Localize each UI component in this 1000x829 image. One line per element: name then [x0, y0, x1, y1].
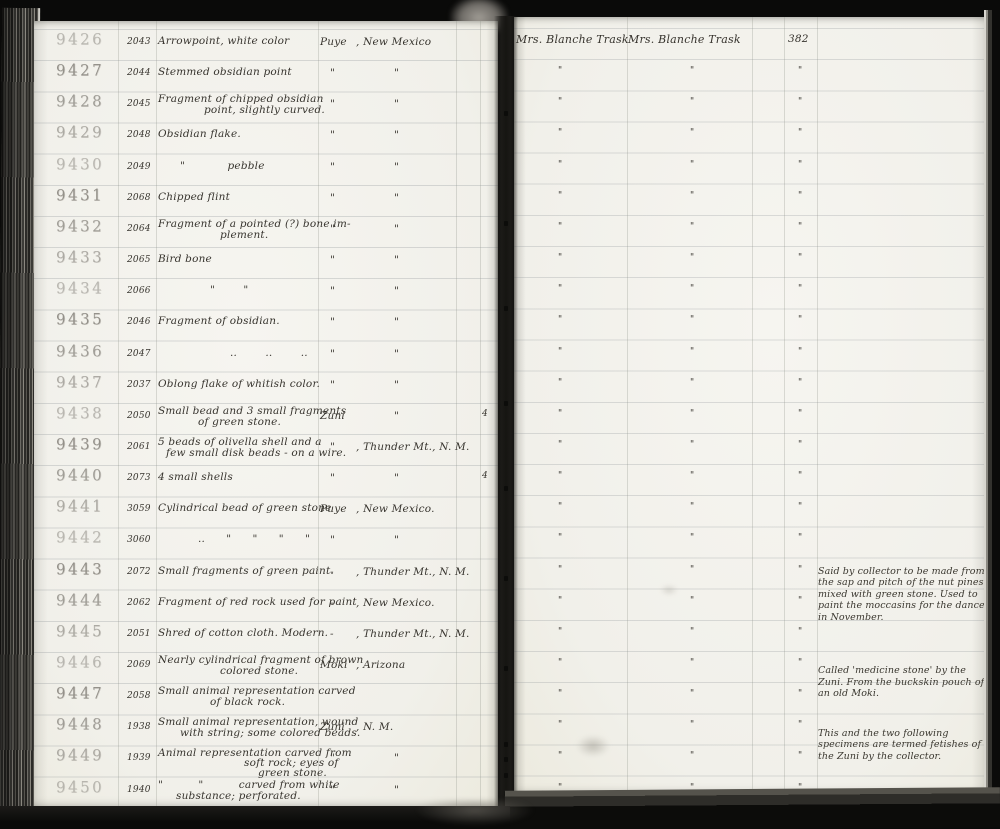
catalog-number-stamp: 9438: [56, 403, 104, 422]
column-rule: [752, 17, 753, 795]
description-line: Arrowpoint, white color: [158, 35, 289, 47]
field-number: 2072: [127, 567, 151, 577]
locality: -: [330, 628, 334, 640]
field-number: 2061: [127, 442, 151, 452]
region: ": [394, 254, 399, 266]
description-line: Stemmed obsidian point: [158, 66, 292, 78]
description-line: Oblong flake of whitish color.: [158, 378, 320, 390]
quantity: 4: [482, 409, 488, 419]
field-number: 2058: [127, 691, 151, 701]
catalog-number-stamp: 9433: [56, 247, 104, 266]
received-from-ditto: ": [690, 689, 694, 699]
accession-ditto: ": [798, 160, 802, 170]
catalog-number-stamp: 9441: [56, 497, 104, 516]
table-surface: [505, 787, 1000, 829]
field-number: 2064: [127, 224, 151, 234]
region: ": [394, 161, 399, 173]
accession-ditto: ": [798, 565, 802, 575]
catalog-number-stamp: 9437: [56, 372, 104, 391]
binding-stitch: [504, 306, 508, 311]
collector-name: Mrs. Blanche Trask: [516, 33, 629, 46]
binding-stitch: [504, 486, 508, 491]
collector-ditto: ": [558, 720, 562, 730]
ledger-photo: 94262043Arrowpoint, white colorPuye, New…: [0, 0, 1000, 829]
region: , Arizona: [356, 659, 405, 671]
field-number: 2046: [127, 317, 151, 327]
locality: ": [330, 534, 335, 546]
locality: Zuni: [320, 410, 345, 422]
description-line: few small disk beads - on a wire.: [166, 447, 346, 459]
accession-ditto: ": [798, 253, 802, 263]
accession-ditto: ": [798, 440, 802, 450]
collector-ditto: ": [558, 253, 562, 263]
collector-ditto: ": [558, 128, 562, 138]
received-from-ditto: ": [690, 471, 694, 481]
locality: ": [330, 752, 335, 764]
right-page: Mrs. Blanche TraskMrs. Blanche Trask382"…: [514, 17, 986, 795]
received-from-ditto: ": [690, 658, 694, 668]
column-rule: [456, 21, 457, 808]
paper-stain: [576, 735, 610, 757]
locality: ": [330, 254, 335, 266]
description-line: Fragment of red rock used for paint: [158, 596, 357, 608]
received-from-ditto: ": [690, 253, 694, 263]
region: ": [394, 472, 399, 484]
catalog-number-stamp: 9440: [56, 465, 104, 484]
received-from-ditto: ": [690, 596, 694, 606]
region: ": [394, 285, 399, 297]
catalog-number-stamp: 9427: [56, 60, 104, 79]
field-number: 2047: [127, 349, 151, 359]
locality: ": [330, 316, 335, 328]
column-rule: [480, 21, 481, 808]
locality: ": [330, 192, 335, 204]
collector-ditto: ": [558, 191, 562, 201]
description-line: Chipped flint: [158, 191, 230, 203]
catalog-number-stamp: 9432: [56, 216, 104, 235]
field-number: 2037: [127, 380, 151, 390]
paper-stain: [660, 585, 678, 595]
field-number: 2062: [127, 598, 151, 608]
locality: ": [330, 67, 335, 79]
collector-ditto: ": [558, 471, 562, 481]
accession-ditto: ": [798, 533, 802, 543]
accession-ditto: ": [798, 720, 802, 730]
accession-ditto: ": [798, 689, 802, 699]
locality: ": [330, 784, 335, 796]
collector-ditto: ": [558, 627, 562, 637]
description-line: of green stone.: [198, 416, 281, 428]
field-number: 2048: [127, 130, 151, 140]
left-page: 94262043Arrowpoint, white colorPuye, New…: [34, 21, 498, 808]
received-from-ditto: ": [690, 66, 694, 76]
region: ": [394, 192, 399, 204]
catalog-number-stamp: 9436: [56, 341, 104, 360]
collector-ditto: ": [558, 160, 562, 170]
accession-ditto: ": [798, 66, 802, 76]
catalog-number-stamp: 9430: [56, 154, 104, 173]
locality: ": [330, 285, 335, 297]
collector-ditto: ": [558, 502, 562, 512]
region: ": [394, 379, 399, 391]
catalog-number-stamp: 9449: [56, 746, 104, 765]
accession-ditto: ": [798, 284, 802, 294]
binding-stitch: [504, 757, 508, 762]
margin-note: Called 'medicine stone' by the Zuni. Fro…: [818, 665, 990, 700]
locality: -: [330, 597, 334, 609]
quantity: 4: [482, 471, 488, 481]
accession-ditto: ": [798, 471, 802, 481]
locality: ": [330, 348, 335, 360]
accession-ditto: ": [798, 596, 802, 606]
description-line: Fragment of obsidian.: [158, 315, 280, 327]
locality: ": [330, 379, 335, 391]
book-spine: [494, 16, 518, 810]
column-rule: [156, 21, 157, 808]
catalog-number-stamp: 9443: [56, 559, 104, 578]
catalog-number-stamp: 9435: [56, 310, 104, 329]
description-line: point, slightly curved.: [204, 104, 325, 116]
catalog-number-stamp: 9442: [56, 528, 104, 547]
region: ": [394, 316, 399, 328]
region: ": [394, 534, 399, 546]
binding-stitch: [504, 111, 508, 116]
locality: Puye: [320, 503, 347, 515]
received-from-ditto: ": [690, 565, 694, 575]
received-from-ditto: ": [690, 284, 694, 294]
collector-ditto: ": [558, 315, 562, 325]
binding-stitch: [504, 773, 508, 778]
binding-stitch: [504, 221, 508, 226]
field-number: 1938: [127, 722, 151, 732]
accession-ditto: ": [798, 128, 802, 138]
region: ": [394, 348, 399, 360]
collector-ditto: ": [558, 409, 562, 419]
collector-ditto: ": [558, 97, 562, 107]
shadow-blob: [415, 800, 535, 826]
field-number: 2043: [127, 37, 151, 47]
description-line: of black rock.: [210, 696, 285, 708]
accession-ditto: ": [798, 347, 802, 357]
column-rule: [118, 21, 119, 808]
region: ": [394, 784, 399, 796]
locality: Moki: [320, 659, 348, 671]
accession-ditto: ": [798, 378, 802, 388]
locality: Puye: [320, 36, 347, 48]
catalog-number-stamp: 9434: [56, 278, 104, 297]
received-from-ditto: ": [690, 720, 694, 730]
collector-ditto: ": [558, 751, 562, 761]
received-from-ditto: ": [690, 533, 694, 543]
field-number: 2068: [127, 193, 151, 203]
received-from-ditto: ": [690, 347, 694, 357]
catalog-number-stamp: 9439: [56, 434, 104, 453]
catalog-number-stamp: 9450: [56, 777, 104, 796]
locality: ": [330, 472, 335, 484]
locality: Zuni: [320, 721, 345, 733]
description-line: " ": [210, 284, 248, 296]
received-from-ditto: ": [690, 502, 694, 512]
received-from-name: Mrs. Blanche Trask: [628, 33, 741, 46]
region: ": [394, 67, 399, 79]
accession-ditto: ": [798, 627, 802, 637]
collector-ditto: ": [558, 284, 562, 294]
description-line: " pebble: [180, 160, 265, 172]
description-line: .. .. ..: [230, 347, 308, 359]
region: , Thunder Mt., N. M.: [356, 628, 470, 640]
region: , Thunder Mt., N. M.: [356, 566, 470, 578]
locality: ": [330, 98, 335, 110]
description-line: substance; perforated.: [176, 790, 301, 802]
field-number: 3060: [127, 535, 151, 545]
received-from-ditto: ": [690, 160, 694, 170]
region: , N. M.: [356, 721, 393, 733]
collector-ditto: ": [558, 222, 562, 232]
field-number: 2069: [127, 660, 151, 670]
page-edge: [984, 10, 1000, 802]
column-rule: [784, 17, 785, 795]
field-number: 2066: [127, 286, 151, 296]
region: , New Mexico.: [356, 597, 435, 609]
binding-stitch: [504, 576, 508, 581]
description-line: Small fragments of green paint.: [158, 565, 334, 577]
field-number: 1939: [127, 753, 151, 763]
locality: -: [330, 566, 334, 578]
region: ": [394, 98, 399, 110]
accession-ditto: ": [798, 222, 802, 232]
collector-ditto: ": [558, 689, 562, 699]
received-from-ditto: ": [690, 378, 694, 388]
field-number: 2050: [127, 411, 151, 421]
catalog-number-stamp: 9428: [56, 92, 104, 111]
locality: ": [330, 441, 335, 453]
collector-ditto: ": [558, 440, 562, 450]
accession-number: 382: [788, 33, 809, 45]
received-from-ditto: ": [690, 97, 694, 107]
description-line: colored stone.: [220, 665, 298, 677]
column-rule: [627, 17, 628, 795]
collector-ditto: ": [558, 533, 562, 543]
collector-ditto: ": [558, 378, 562, 388]
description-line: Bird bone: [158, 253, 212, 265]
region: ": [394, 129, 399, 141]
collector-ditto: ": [558, 565, 562, 575]
margin-note: This and the two following specimens are…: [818, 728, 990, 763]
collector-ditto: ": [558, 596, 562, 606]
margin-note: Said by collector to be made from the sa…: [818, 566, 990, 624]
description-line: Shred of cotton cloth. Modern.: [158, 627, 328, 639]
catalog-number-stamp: 9426: [56, 29, 104, 48]
description-line: Obsidian flake.: [158, 128, 241, 140]
catalog-number-stamp: 9448: [56, 715, 104, 734]
received-from-ditto: ": [690, 627, 694, 637]
field-number: 2051: [127, 629, 151, 639]
catalog-number-stamp: 9447: [56, 683, 104, 702]
field-number: 2073: [127, 473, 151, 483]
collector-ditto: ": [558, 658, 562, 668]
received-from-ditto: ": [690, 128, 694, 138]
region: , Thunder Mt., N. M.: [356, 441, 470, 453]
received-from-ditto: ": [690, 409, 694, 419]
region: ": [394, 223, 399, 235]
field-number: 3059: [127, 504, 151, 514]
accession-ditto: ": [798, 409, 802, 419]
region: ": [394, 752, 399, 764]
field-number: 2045: [127, 99, 151, 109]
catalog-number-stamp: 9431: [56, 185, 104, 204]
locality: ": [330, 161, 335, 173]
accession-ditto: ": [798, 191, 802, 201]
field-number: 2049: [127, 162, 151, 172]
field-number: 2065: [127, 255, 151, 265]
field-number: 1940: [127, 785, 151, 795]
collector-ditto: ": [558, 66, 562, 76]
accession-ditto: ": [798, 502, 802, 512]
binding-stitch: [504, 742, 508, 747]
accession-ditto: ": [798, 315, 802, 325]
received-from-ditto: ": [690, 751, 694, 761]
accession-ditto: ": [798, 658, 802, 668]
description-line: 4 small shells: [158, 471, 233, 483]
field-number: 2044: [127, 68, 151, 78]
description-line: plement.: [220, 229, 268, 241]
region: ": [394, 410, 399, 422]
catalog-number-stamp: 9444: [56, 590, 104, 609]
region: , New Mexico: [356, 36, 431, 48]
received-from-ditto: ": [690, 440, 694, 450]
locality: ": [330, 129, 335, 141]
accession-ditto: ": [798, 751, 802, 761]
received-from-ditto: ": [690, 222, 694, 232]
description-line: .. " " " ": [198, 533, 310, 545]
catalog-number-stamp: 9445: [56, 621, 104, 640]
received-from-ditto: ": [690, 315, 694, 325]
binding-stitch: [504, 666, 508, 671]
locality: ": [330, 223, 335, 235]
description-line: Cylindrical bead of green stone: [158, 502, 332, 514]
catalog-number-stamp: 9429: [56, 123, 104, 142]
collector-ditto: ": [558, 347, 562, 357]
region: , New Mexico.: [356, 503, 435, 515]
received-from-ditto: ": [690, 191, 694, 201]
catalog-number-stamp: 9446: [56, 652, 104, 671]
accession-ditto: ": [798, 97, 802, 107]
binding-stitch: [504, 401, 508, 406]
